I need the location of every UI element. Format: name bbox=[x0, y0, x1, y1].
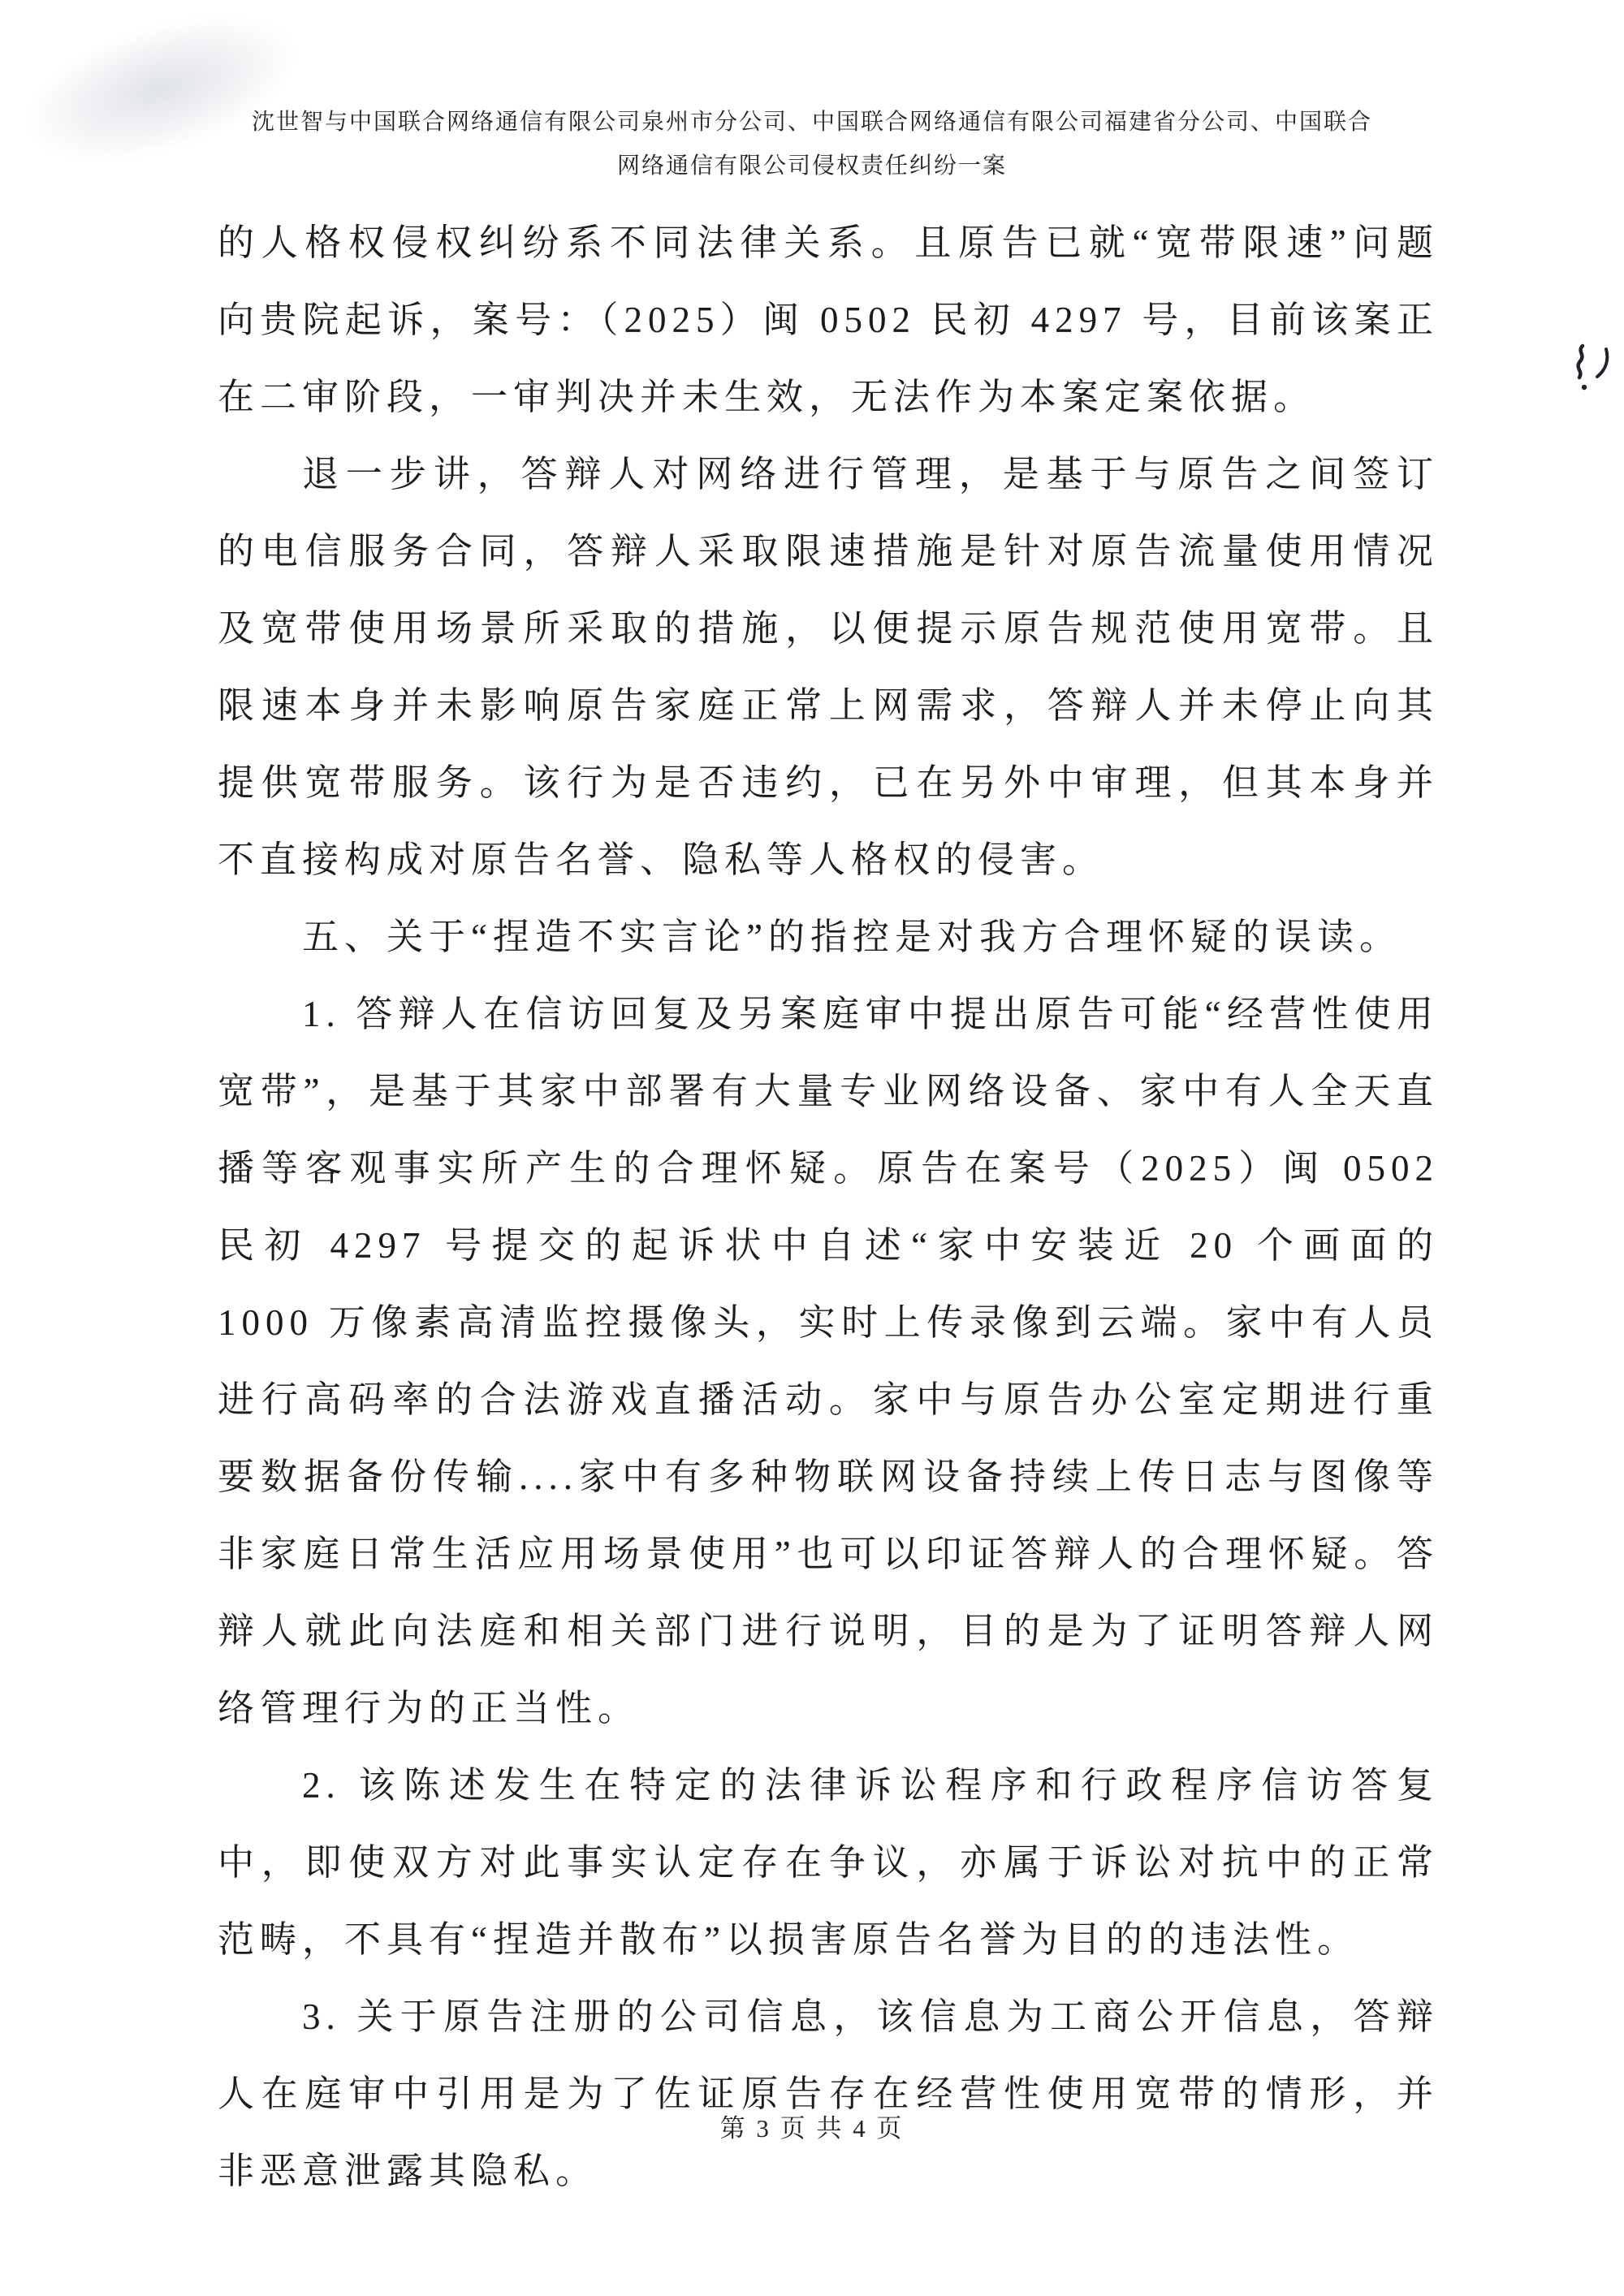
body-paragraph: 的人格权侵权纠纷系不同法律关系。且原告已就“宽带限速”问题向贵院起诉，案号：（2… bbox=[218, 205, 1439, 436]
document-body: 的人格权侵权纠纷系不同法律关系。且原告已就“宽带限速”问题向贵院起诉，案号：（2… bbox=[218, 205, 1439, 2210]
page-number-label: 第 3 页 共 4 页 bbox=[720, 2114, 905, 2143]
case-caption-line-2: 网络通信有限公司侵权责任纠纷一案 bbox=[179, 145, 1445, 188]
case-caption: 沈世智与中国联合网络通信有限公司泉州市分公司、中国联合网络通信有限公司福建省分公… bbox=[179, 101, 1445, 188]
body-paragraph: 3. 关于原告注册的公司信息，该信息为工商公开信息，答辩人在庭审中引用是为了佐证… bbox=[218, 1979, 1439, 2210]
body-paragraph: 1. 答辩人在信访回复及另案庭审中提出原告可能“经营性使用宽带”，是基于其家中部… bbox=[218, 976, 1439, 1747]
handwritten-ink-scribble bbox=[1570, 341, 1616, 396]
case-caption-line-1: 沈世智与中国联合网络通信有限公司泉州市分公司、中国联合网络通信有限公司福建省分公… bbox=[179, 101, 1445, 145]
document-page: 沈世智与中国联合网络通信有限公司泉州市分公司、中国联合网络通信有限公司福建省分公… bbox=[0, 0, 1624, 2296]
body-paragraph: 2. 该陈述发生在特定的法律诉讼程序和行政程序信访答复中，即使双方对此事实认定存… bbox=[218, 1747, 1439, 1979]
body-paragraph: 退一步讲，答辩人对网络进行管理，是基于与原告之间签订的电信服务合同，答辩人采取限… bbox=[218, 436, 1439, 899]
page-footer: 第 3 页 共 4 页 bbox=[0, 2108, 1624, 2144]
body-paragraph: 五、关于“捏造不实言论”的指控是对我方合理怀疑的误读。 bbox=[218, 899, 1439, 976]
